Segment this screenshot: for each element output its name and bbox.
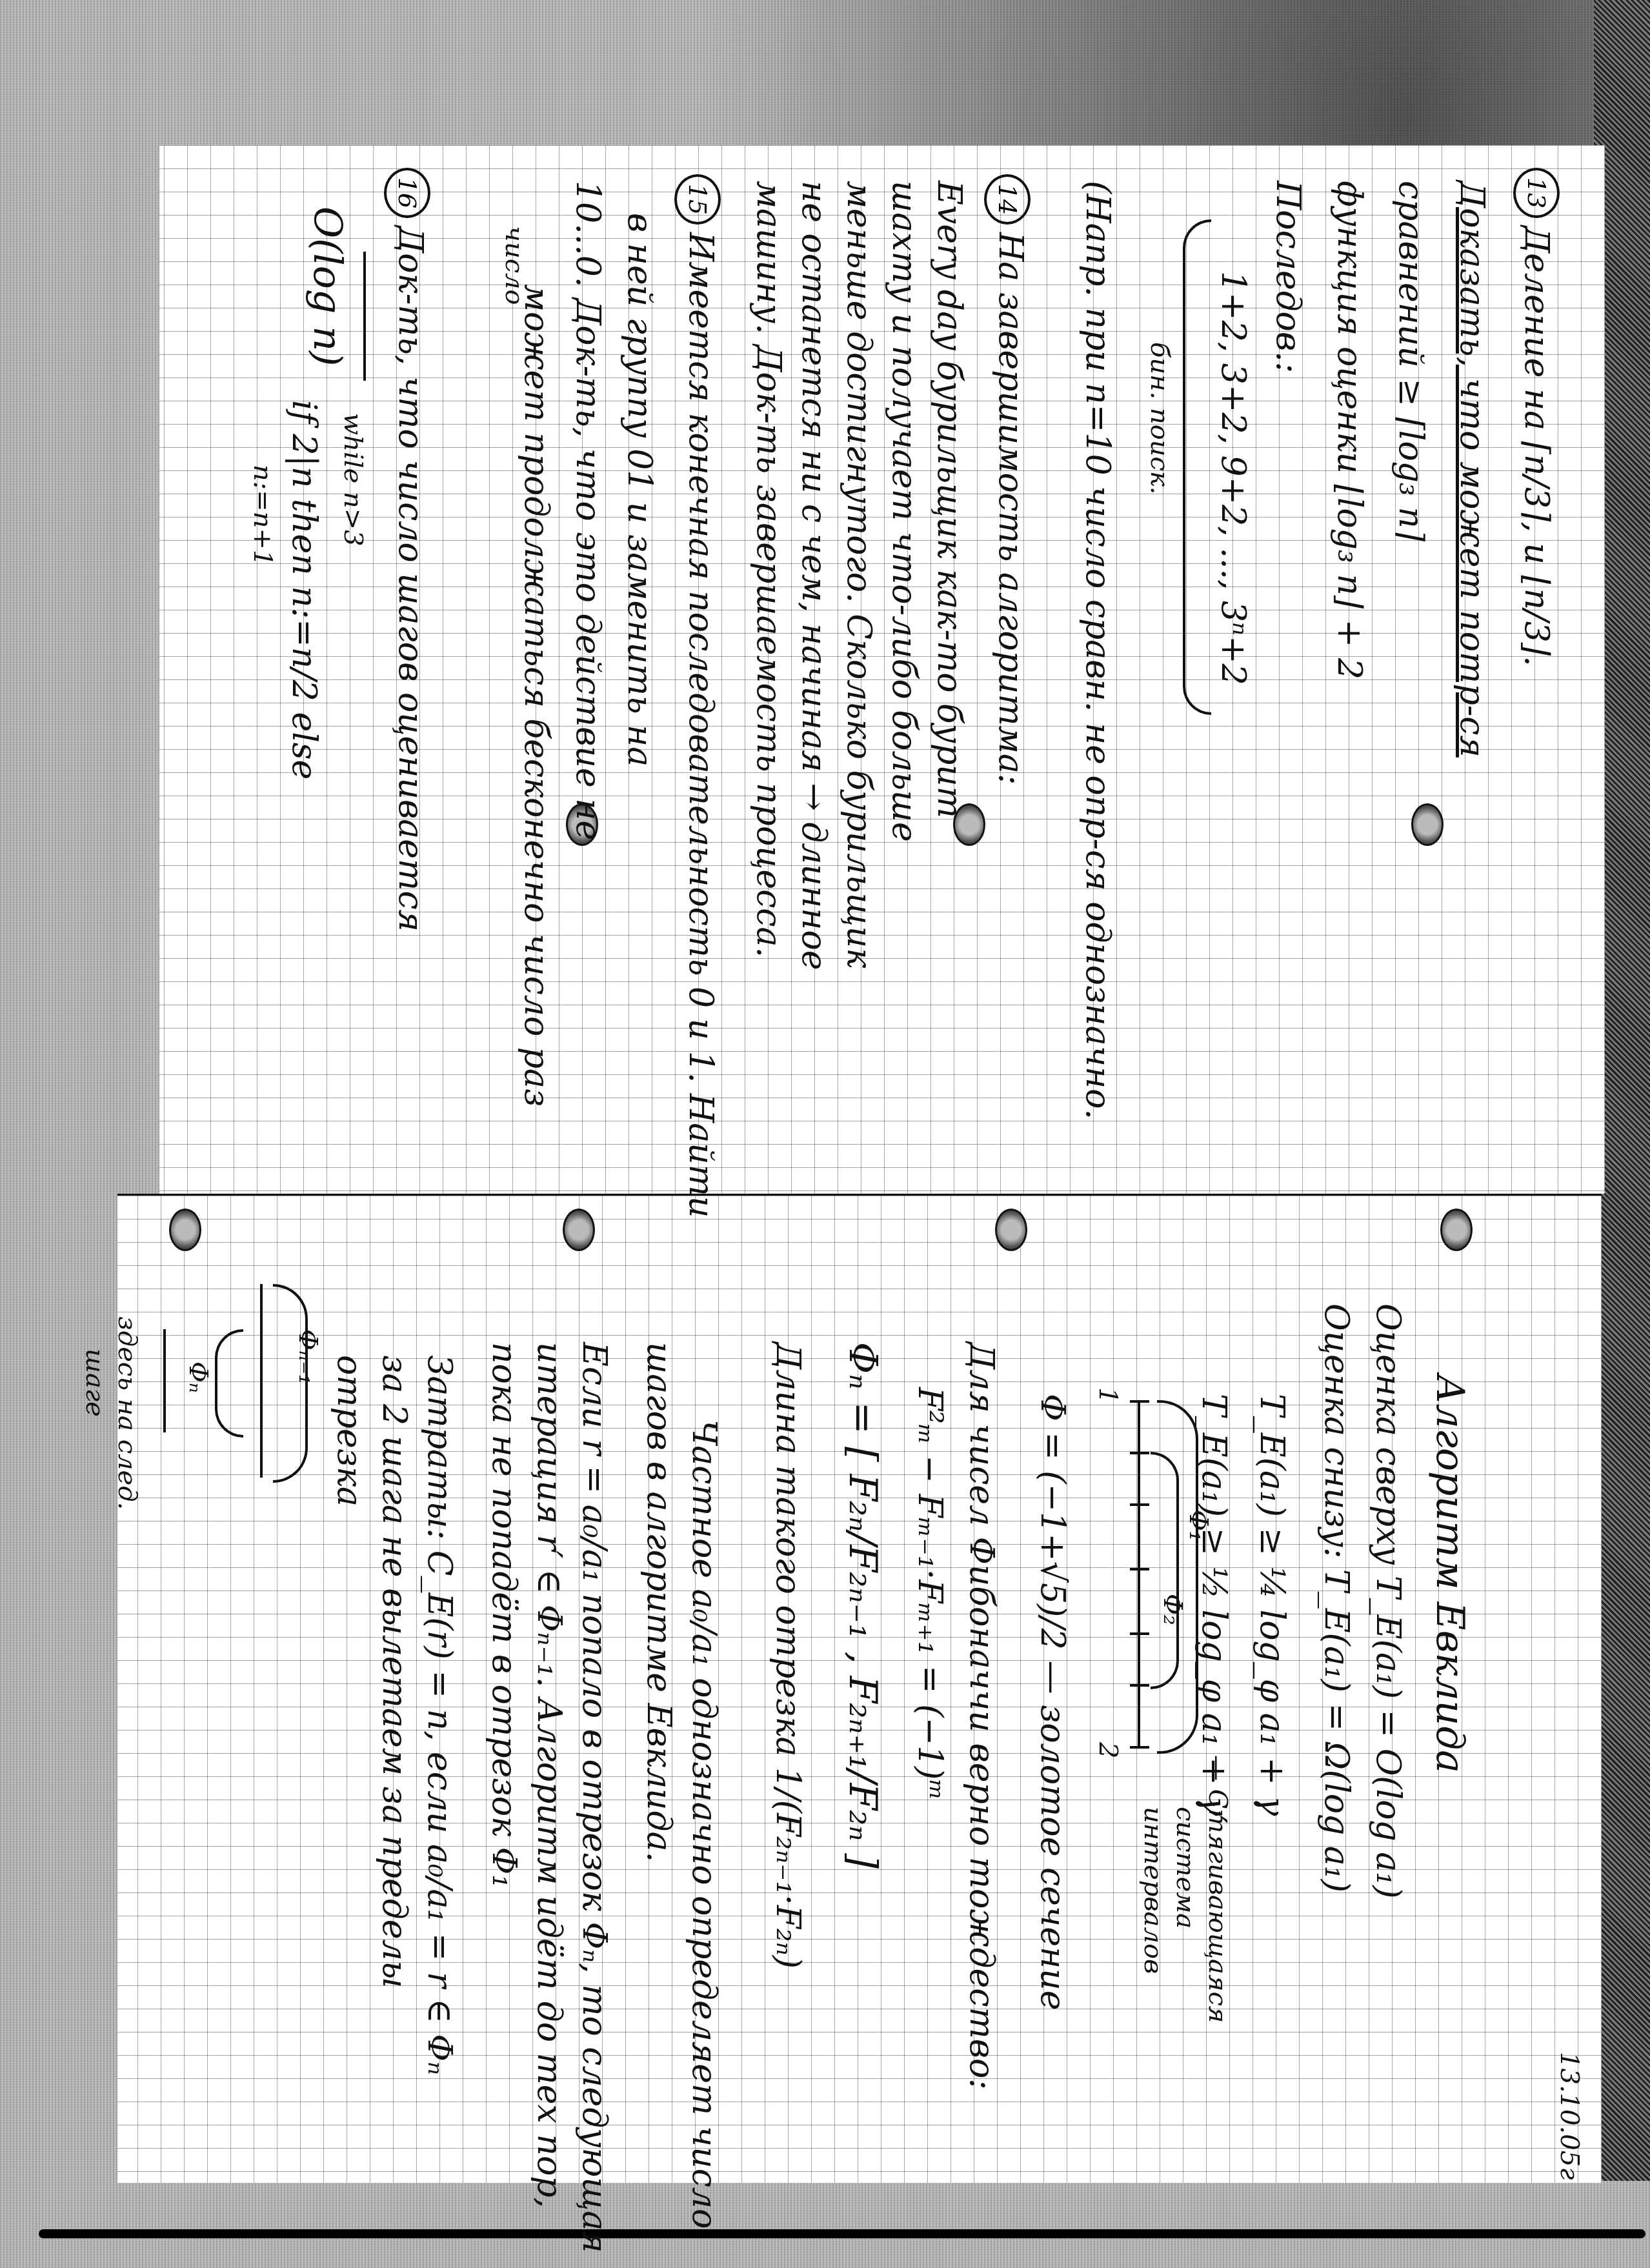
interval-axis-2 bbox=[260, 1284, 263, 1478]
axis-right-label: 2 bbox=[1095, 1742, 1121, 1758]
axis-tick bbox=[1130, 1632, 1149, 1635]
problem-14-line1: На завершимость алгоритма: bbox=[994, 232, 1027, 785]
problem-13-brace-label: бин. поиск. bbox=[1147, 342, 1172, 495]
sequence-brace bbox=[1183, 219, 1211, 715]
para1-line1: Частное a₀/a₁ однозначно определяет числ… bbox=[687, 1420, 721, 2229]
side-note-3: интервалов bbox=[1140, 1807, 1166, 1974]
problem-13-line3: сравнений ≥ ⌈log₃ n⌉ bbox=[1394, 181, 1427, 541]
arrow-label-1: здесь на след. bbox=[114, 1316, 140, 1510]
problem-13-line4: функция оценки ⌊log₃ n⌋ + 2 bbox=[1333, 181, 1366, 679]
problem-15-line2: в ней группу 01 и заменить на bbox=[623, 213, 656, 767]
date-stamp: 13.10.05г bbox=[1556, 2052, 1582, 2180]
phi-n-brace bbox=[215, 1329, 243, 1438]
problem-15-line4: может продолжаться бесконечно число раз bbox=[519, 284, 553, 1107]
problem-14-line6: машину. Док-ть завершаемость процесса. bbox=[752, 181, 785, 958]
phi-n-interval: Φₙ = [ F₂ₙ/F₂ₙ₋₁ , F₂ₙ₊₁/F₂ₙ ] bbox=[843, 1342, 882, 1869]
fibonacci-intro: Для чисел Фибоначчи верно тождество: bbox=[965, 1342, 998, 2090]
problem-16-code-line3: n:=n+1 bbox=[250, 465, 276, 566]
interval-length: Длина такого отрезка 1/(F₂ₙ₋₁·F₂ₙ) bbox=[771, 1342, 805, 1969]
axis-tick bbox=[1130, 1746, 1149, 1749]
axis-tick bbox=[1130, 1452, 1149, 1454]
problem-16-line1: Док-ть, что число шагов оценивается bbox=[394, 226, 427, 932]
para3-line1: Затраты: C_E(r) = n, если a₀/a₁ = r ∈ Φₙ bbox=[423, 1355, 456, 2075]
upper-bound: Оценка сверху T_E(a₁) = O(log a₁) bbox=[1371, 1303, 1405, 1899]
problem-15-line5: число bbox=[501, 226, 527, 305]
problem-16-number: 16 bbox=[384, 168, 430, 218]
problem-14-line5: не останется ни с чем, начиная → длинное bbox=[797, 181, 830, 970]
para3-line3: отрезка bbox=[332, 1355, 366, 1507]
para2-line1: Если r = a₀/a₁ попало в отрезок Φₙ, то с… bbox=[578, 1342, 611, 2253]
side-note-1: — Стягивающаяся bbox=[1205, 1755, 1231, 2023]
punch-hole bbox=[995, 1209, 1027, 1251]
fibonacci-identity: F²ₘ − Fₘ₋₁·Fₘ₊₁ = (−1)ᵐ bbox=[913, 1387, 947, 1800]
para2-line3: пока не попадёт в отрезок Φ₁ bbox=[487, 1342, 521, 1888]
problem-13-line5: Последов.: bbox=[1271, 181, 1305, 373]
para3-line2: за 2 шага не вылетаем за пределы bbox=[377, 1355, 411, 1988]
problem-14-line2: Every day бурильщик как-то бурит bbox=[932, 181, 966, 818]
phi1-label: Φ₁ bbox=[1185, 1510, 1211, 1541]
page-problems bbox=[159, 145, 1605, 1194]
phi-n-label: Φₙ bbox=[185, 1361, 211, 1393]
rotated-notebook: 13 Деление на ⌈n/3⌉, и ⌊n/3⌋. Доказать, … bbox=[0, 0, 1650, 2268]
axis-tick bbox=[1130, 1568, 1149, 1571]
phi2-brace bbox=[1151, 1452, 1179, 1689]
code-divider bbox=[363, 252, 366, 381]
para2-line2: итерация r′ ∈ Φₙ₋₁. Алгоритм идёт до тех… bbox=[532, 1342, 566, 2208]
problem-13-note: (Напр. при n=10 число сравн. не опр-ся о… bbox=[1081, 181, 1114, 1119]
problem-15-line3: 10...0. Док-ть, что это действие не bbox=[571, 181, 605, 840]
problem-16-code-line2: if 2|n then n:=n/2 else bbox=[287, 400, 321, 779]
arrow-span bbox=[163, 1329, 166, 1432]
axis-left-label: 1 bbox=[1095, 1387, 1121, 1403]
problem-16-complexity: O(log n) bbox=[308, 206, 347, 366]
problem-15-number: 15 bbox=[674, 174, 721, 225]
side-note-2: система bbox=[1172, 1807, 1198, 1929]
punch-hole bbox=[169, 1209, 201, 1251]
phi-definition: Φ = (−1+√5)/2 — золотое сечение bbox=[1036, 1394, 1069, 2010]
euclid-title: Алгоритм Евклида bbox=[1431, 1374, 1469, 1773]
punch-hole bbox=[563, 1209, 595, 1251]
problem-13-sequence: 1+2, 3+2, 9+2, ..., 3ⁿ+2 bbox=[1216, 271, 1250, 685]
axis-tick bbox=[1130, 1684, 1149, 1687]
lower-bound: Оценка снизу: T_E(a₁) = Ω(log a₁) bbox=[1320, 1303, 1353, 1892]
phi-n-minus-1-label: Φₙ₋₁ bbox=[295, 1329, 321, 1385]
problem-14-number: 14 bbox=[984, 174, 1031, 225]
problem-14-line3: шахту и получает что-либо больше bbox=[887, 181, 921, 842]
arrow-label-2: шаге bbox=[82, 1349, 108, 1417]
axis-tick bbox=[1130, 1503, 1149, 1506]
problem-15-line1: Имеется конечная последовательность 0 и … bbox=[684, 232, 718, 1218]
inequality-1: T_E(a₁) ≥ ¼ log_φ a₁ + γ bbox=[1255, 1394, 1289, 1816]
phi2-label: Φ₂ bbox=[1160, 1594, 1185, 1625]
punch-hole bbox=[1411, 803, 1444, 846]
problem-13-line2: Доказать, что может потр-ся bbox=[1455, 181, 1489, 758]
para1-line2: шагов в алгоритме Евклида. bbox=[642, 1342, 676, 1862]
problem-16-code-line1: while n>3 bbox=[340, 413, 366, 547]
problem-13-number: 13 bbox=[1513, 168, 1560, 218]
problem-13-line1: Деление на ⌈n/3⌉, и ⌊n/3⌋. bbox=[1520, 226, 1553, 667]
problem-14-line4: меньше достигнутого. Сколько бурильщик bbox=[842, 181, 876, 968]
punch-hole bbox=[1440, 1209, 1473, 1251]
axis-tick bbox=[1130, 1400, 1149, 1403]
